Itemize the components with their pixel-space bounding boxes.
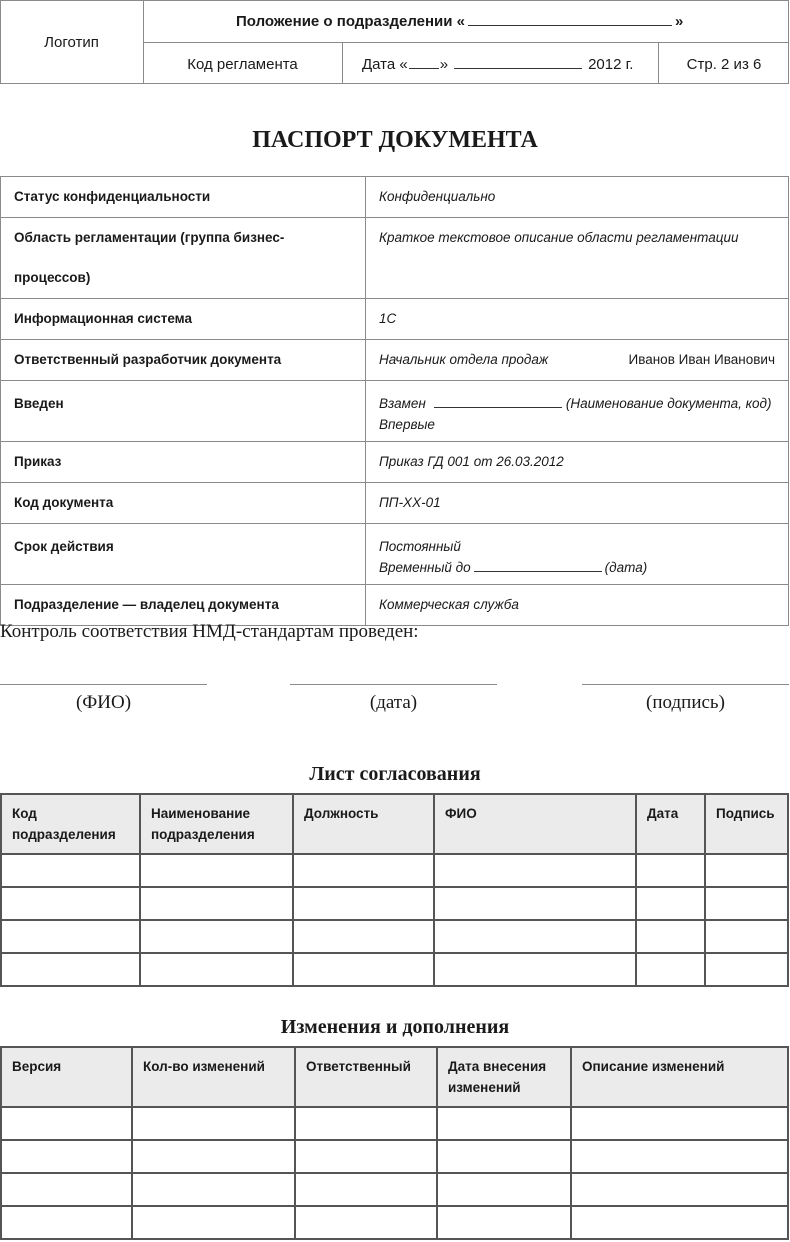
table-row: Информационная система 1С <box>1 299 789 340</box>
divider <box>143 42 789 43</box>
field-label: Код документа <box>1 483 366 524</box>
temporary-label: Временный до <box>379 560 471 575</box>
expiry-hint: (дата) <box>605 560 648 575</box>
table-row: Приказ Приказ ГД 001 от 26.03.2012 <box>1 442 789 483</box>
table-cell[interactable] <box>437 1140 571 1173</box>
fio-caption: (ФИО) <box>0 692 207 714</box>
first-time-label: Впервые <box>379 417 435 432</box>
table-cell[interactable] <box>140 920 293 953</box>
permanent-label: Постоянный <box>379 539 461 554</box>
table-cell[interactable] <box>132 1173 295 1206</box>
table-cell[interactable] <box>132 1107 295 1140</box>
day-blank-line[interactable] <box>409 67 439 69</box>
table-cell[interactable] <box>293 854 434 887</box>
replaces-hint: (Наименование документа, код) <box>566 396 772 411</box>
table-cell[interactable] <box>1 1173 132 1206</box>
column-header: Дата внесения изменений <box>437 1047 571 1107</box>
table-row <box>1 1107 788 1140</box>
table-row <box>1 1206 788 1239</box>
table-cell[interactable] <box>636 854 705 887</box>
reg-code-label: Код регламента <box>143 56 342 73</box>
column-header: Код подразделения <box>1 794 140 854</box>
field-value[interactable]: Взамен(Наименование документа, код) Впер… <box>366 381 789 442</box>
table-cell[interactable] <box>1 1206 132 1239</box>
table-cell[interactable] <box>1 953 140 986</box>
field-value[interactable]: Конфиденциально <box>366 177 789 218</box>
column-header: Версия <box>1 1047 132 1107</box>
page-number: Стр. 2 из 6 <box>659 56 789 73</box>
developer-position: Начальник отдела продаж <box>379 352 548 367</box>
signature-caption: (подпись) <box>582 692 789 714</box>
field-value[interactable]: Краткое текстовое описание области регла… <box>366 218 789 299</box>
table-cell[interactable] <box>636 920 705 953</box>
control-statement: Контроль соответствия НМД-стандартам про… <box>0 621 419 643</box>
approval-table: Код подразделения Наименование подраздел… <box>0 793 789 987</box>
column-header: Кол-во изменений <box>132 1047 295 1107</box>
table-cell[interactable] <box>571 1140 788 1173</box>
divider <box>342 42 343 84</box>
developer-name: Иванов Иван Иванович <box>629 340 776 380</box>
table-cell[interactable] <box>1 887 140 920</box>
field-label: Введен <box>1 381 366 442</box>
signature-line[interactable] <box>582 684 789 685</box>
table-row <box>1 920 788 953</box>
table-row: Подразделение — владелец документа Комме… <box>1 585 789 626</box>
field-value[interactable]: Приказ ГД 001 от 26.03.2012 <box>366 442 789 483</box>
table-cell[interactable] <box>295 1107 437 1140</box>
table-cell[interactable] <box>140 887 293 920</box>
column-header: ФИО <box>434 794 636 854</box>
field-label: Срок действия <box>1 524 366 585</box>
column-header: Ответственный <box>295 1047 437 1107</box>
header-title: Положение о подразделении «» <box>236 13 683 30</box>
title-blank-line[interactable] <box>468 24 672 26</box>
table-row: Код документа ПП-ХХ-01 <box>1 483 789 524</box>
passport-table: Статус конфиденциальности Конфиденциальн… <box>0 176 789 626</box>
table-header-row: Версия Кол-во изменений Ответственный Да… <box>1 1047 788 1107</box>
table-row: Ответственный разработчик документа Нача… <box>1 340 789 381</box>
changes-title: Изменения и дополнения <box>0 1016 790 1039</box>
table-cell[interactable] <box>1 920 140 953</box>
field-value[interactable]: Постоянный Временный до(дата) <box>366 524 789 585</box>
table-cell[interactable] <box>636 953 705 986</box>
table-cell[interactable] <box>293 953 434 986</box>
date-caption: (дата) <box>290 692 497 714</box>
field-value[interactable]: Начальник отдела продаж Иванов Иван Иван… <box>366 340 789 381</box>
column-header: Наименование подразделения <box>140 794 293 854</box>
column-header: Должность <box>293 794 434 854</box>
header-title-prefix: Положение о подразделении « <box>236 13 465 30</box>
table-row: Область регламентации (группа бизнес-про… <box>1 218 789 299</box>
expiry-blank-line[interactable] <box>474 570 602 572</box>
field-value[interactable]: Коммерческая служба <box>366 585 789 626</box>
table-cell[interactable] <box>705 887 788 920</box>
table-cell[interactable] <box>571 1173 788 1206</box>
passport-title: ПАСПОРТ ДОКУМЕНТА <box>0 127 790 154</box>
table-cell[interactable] <box>1 854 140 887</box>
table-cell[interactable] <box>434 920 636 953</box>
table-row <box>1 953 788 986</box>
changes-table-body <box>1 1107 788 1239</box>
field-label: Подразделение — владелец документа <box>1 585 366 626</box>
replaces-label: Взамен <box>379 396 426 411</box>
table-cell[interactable] <box>636 887 705 920</box>
table-row: Срок действия Постоянный Временный до(да… <box>1 524 789 585</box>
table-row <box>1 854 788 887</box>
month-blank-line[interactable] <box>454 67 582 69</box>
table-cell[interactable] <box>1 1107 132 1140</box>
date-year: 2012 г. <box>588 56 633 73</box>
table-cell[interactable] <box>434 887 636 920</box>
field-value[interactable]: ПП-ХХ-01 <box>366 483 789 524</box>
table-cell[interactable] <box>705 854 788 887</box>
field-label: Область регламентации (группа бизнес-про… <box>1 218 366 299</box>
table-cell[interactable] <box>293 920 434 953</box>
table-header-row: Код подразделения Наименование подраздел… <box>1 794 788 854</box>
field-value[interactable]: 1С <box>366 299 789 340</box>
field-label: Статус конфиденциальности <box>1 177 366 218</box>
table-row <box>1 1173 788 1206</box>
approval-table-body <box>1 854 788 986</box>
table-row <box>1 887 788 920</box>
table-row: Введен Взамен(Наименование документа, ко… <box>1 381 789 442</box>
table-cell[interactable] <box>132 1206 295 1239</box>
date-mid: » <box>440 56 448 73</box>
table-cell[interactable] <box>132 1140 295 1173</box>
table-cell[interactable] <box>1 1140 132 1173</box>
column-header: Подпись <box>705 794 788 854</box>
table-cell[interactable] <box>295 1206 437 1239</box>
table-cell[interactable] <box>437 1206 571 1239</box>
replaces-blank-line[interactable] <box>434 406 562 408</box>
column-header: Дата <box>636 794 705 854</box>
date-prefix: Дата « <box>362 56 408 73</box>
table-row: Статус конфиденциальности Конфиденциальн… <box>1 177 789 218</box>
table-cell[interactable] <box>437 1107 571 1140</box>
fio-signature-line[interactable] <box>0 684 207 685</box>
table-cell[interactable] <box>571 1206 788 1239</box>
logo-placeholder: Логотип <box>0 34 143 51</box>
header-title-suffix: » <box>675 13 683 30</box>
column-header: Описание изменений <box>571 1047 788 1107</box>
table-cell[interactable] <box>434 854 636 887</box>
table-cell[interactable] <box>437 1173 571 1206</box>
table-cell[interactable] <box>295 1140 437 1173</box>
table-cell[interactable] <box>434 953 636 986</box>
approval-title: Лист согласования <box>0 763 790 786</box>
table-cell[interactable] <box>295 1173 437 1206</box>
table-cell[interactable] <box>705 953 788 986</box>
date-signature-line[interactable] <box>290 684 497 685</box>
table-cell[interactable] <box>140 953 293 986</box>
field-label: Информационная система <box>1 299 366 340</box>
table-cell[interactable] <box>293 887 434 920</box>
header-date: Дата «»2012 г. <box>362 56 633 73</box>
table-cell[interactable] <box>571 1107 788 1140</box>
field-label: Приказ <box>1 442 366 483</box>
field-label: Ответственный разработчик документа <box>1 340 366 381</box>
table-row <box>1 1140 788 1173</box>
changes-table: Версия Кол-во изменений Ответственный Да… <box>0 1046 789 1240</box>
table-cell[interactable] <box>140 854 293 887</box>
table-cell[interactable] <box>705 920 788 953</box>
